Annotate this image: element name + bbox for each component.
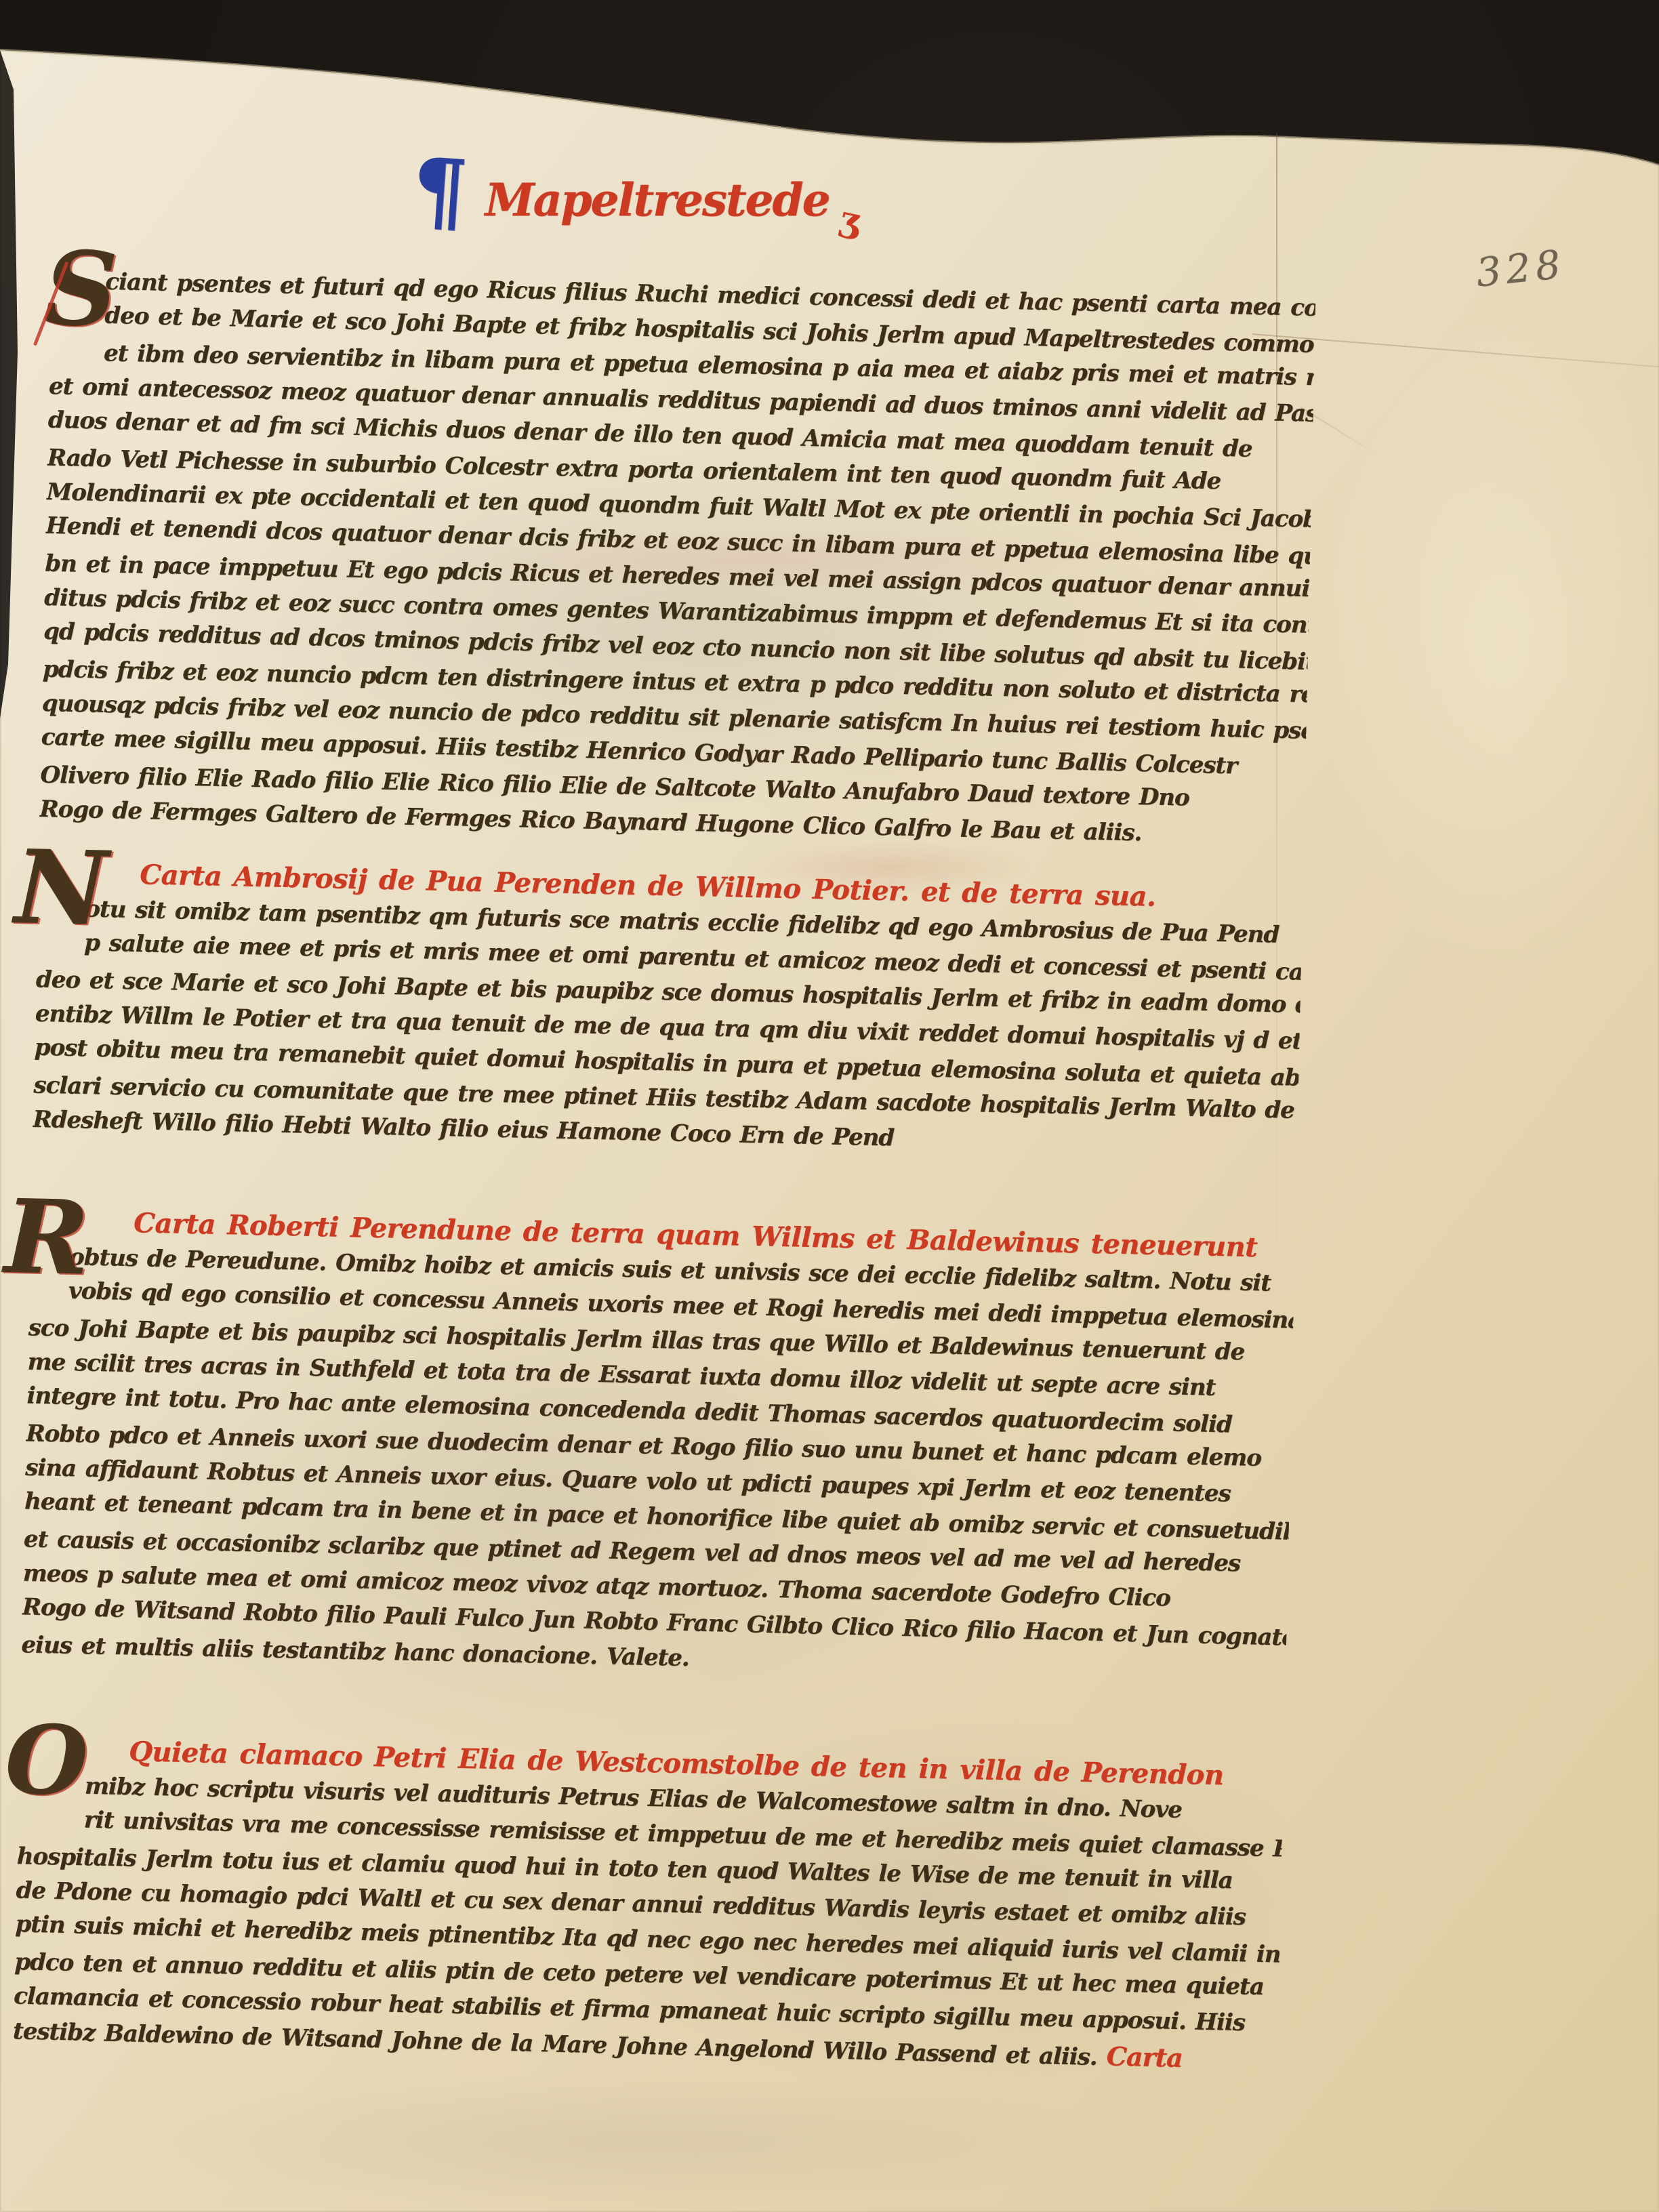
heading-flourish-icon: ʒ [836, 198, 864, 243]
charter-paragraph: ciant psentes et futuri qd ego Ricus fil… [39, 263, 1316, 855]
charter-paragraph: otu sit omibz tam psentibz qm futuris sc… [33, 890, 1302, 1165]
catchword-rubric: Carta [1106, 2041, 1183, 2073]
charter-paragraph: obtus de Pereudune. Omibz hoibz et amici… [21, 1239, 1294, 1689]
manuscript-photo: 328 ¶ Mapeltrestede ʒ Sciant psentes et … [0, 0, 1659, 2212]
charter-paragraph: mibz hoc scriptu visuris vel audituris P… [12, 1767, 1283, 2076]
heading-title: Mapeltrestede [485, 160, 829, 226]
decorated-initial: O [5, 1723, 89, 1799]
charter-section: Quieta clamaco Petri Elia de Westcomstol… [12, 1732, 1284, 2076]
decorated-initial: N [14, 848, 109, 929]
text-block: Sciant psentes et futuri qd ego Ricus fi… [12, 263, 1315, 2076]
charter-section: Sciant psentes et futuri qd ego Ricus fi… [39, 263, 1316, 855]
paraph-mark-icon: ¶ [410, 158, 470, 224]
charter-section: Carta Roberti Perendune de terra quam Wi… [21, 1204, 1295, 1689]
charter-section: Carta Ambrosij de Pua Perenden de Willmo… [33, 855, 1303, 1165]
place-heading: ¶ Mapeltrestede ʒ [412, 160, 860, 241]
decorated-initial: R [3, 1197, 89, 1279]
folio-number: 328 [1474, 241, 1568, 295]
